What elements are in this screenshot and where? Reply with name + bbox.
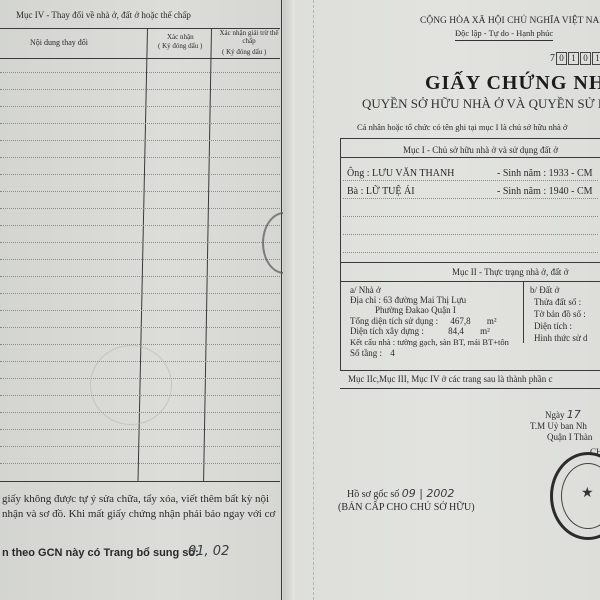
supplement-label: n theo GCN này có Trang bổ sung số: bbox=[2, 547, 199, 559]
dotted-line bbox=[343, 216, 598, 217]
supplement-value: 01, 02 bbox=[188, 544, 229, 559]
serial-digit: 0 bbox=[556, 52, 567, 65]
total-area-label: Tổng diện tích sử dụng : bbox=[350, 316, 438, 326]
file-number-value: 09 | 2002 bbox=[402, 487, 455, 500]
column-header-release: Xác nhận giải trừ thế chấp bbox=[219, 29, 279, 45]
appendix-note: Mục IIc,Mục III, Mục IV ở các trang sau … bbox=[348, 374, 553, 384]
table-row-line bbox=[0, 140, 280, 141]
page-fold bbox=[313, 0, 315, 600]
dotted-line bbox=[343, 234, 598, 235]
house-heading: a/ Nhà ở bbox=[350, 285, 381, 295]
floors-label: Số tầng : bbox=[350, 348, 382, 358]
floors-value: 4 bbox=[390, 348, 395, 358]
house-land-divider bbox=[523, 281, 524, 343]
build-area-value: 84,4 bbox=[448, 326, 464, 336]
column-header-changes: Nội dung thay đổi bbox=[30, 38, 88, 47]
table-row-line bbox=[0, 259, 280, 260]
frame-left bbox=[340, 138, 341, 370]
table-row-line bbox=[0, 106, 280, 107]
structure: Kết cấu nhà : tường gạch, sàn BT, mái BT… bbox=[350, 337, 509, 347]
land-heading: b/ Đất ở bbox=[530, 285, 559, 295]
table-row-line bbox=[0, 225, 280, 226]
address-label: Địa chỉ : bbox=[350, 295, 381, 305]
serial-digit: 1 bbox=[568, 52, 579, 65]
owner-2: Bà : LỮ TUỆ ÁI bbox=[347, 186, 415, 197]
build-area-unit: m² bbox=[480, 326, 490, 336]
section-ii-header-line bbox=[340, 281, 600, 282]
left-page: Mục IV - Thay đổi về nhà ở, đất ở hoặc t… bbox=[0, 0, 283, 600]
table-row-line bbox=[0, 157, 280, 158]
section-i-top bbox=[340, 138, 600, 139]
dotted-line bbox=[343, 180, 598, 181]
table-header-border bbox=[0, 58, 280, 59]
owner-1-prefix: Ông : bbox=[347, 168, 370, 179]
table-row-line bbox=[0, 293, 280, 294]
address-line-2: Phường Đakao Quận I bbox=[375, 305, 456, 315]
faded-seal bbox=[90, 345, 172, 425]
notice-line-2: nhận và sơ đồ. Khi mất giấy chứng nhận p… bbox=[2, 508, 275, 520]
date-value: 17 bbox=[567, 408, 581, 421]
file-number: Hồ sơ gốc số 09 | 2002 bbox=[347, 487, 454, 500]
total-area: Tổng diện tích sử dụng : 467,8 m² bbox=[350, 316, 497, 326]
table-row-line bbox=[0, 429, 280, 430]
serial-number: 70101 bbox=[550, 52, 600, 65]
table-bottom-border bbox=[0, 481, 280, 482]
owner-2-name: LỮ TUỆ ÁI bbox=[366, 186, 415, 197]
table-row-line bbox=[0, 174, 280, 175]
address-value: 63 đường Mai Thị Lựu bbox=[383, 295, 466, 305]
file-number-label: Hồ sơ gốc số bbox=[347, 489, 399, 500]
owner-2-prefix: Bà : bbox=[347, 186, 363, 197]
column-header-confirm: Xác nhận bbox=[167, 33, 194, 41]
dotted-line bbox=[343, 198, 598, 199]
table-row-line bbox=[0, 191, 280, 192]
intro-text: Cá nhân hoặc tổ chức có tên ghi tại mục … bbox=[357, 122, 567, 132]
table-row-line bbox=[0, 327, 280, 328]
motto: Độc lập - Tự do - Hạnh phúc bbox=[455, 28, 553, 41]
date-label: Ngày bbox=[545, 410, 565, 420]
section-ii-title: Mục II - Thực trạng nhà ở, đất ở bbox=[452, 267, 568, 277]
right-page: CỘNG HÒA XÃ HỘI CHỦ NGHĨA VIỆT NAM Độc l… bbox=[295, 0, 600, 600]
table-row-line bbox=[0, 276, 280, 277]
owner-1-birth: - Sinh năm : 1933 - CM bbox=[497, 168, 593, 179]
page-edge-shadow bbox=[283, 0, 295, 600]
section-i-header-line bbox=[340, 157, 600, 158]
table-row-line bbox=[0, 242, 280, 243]
committee-line-1: T.M Uỷ ban Nh bbox=[530, 421, 587, 431]
section-ii-bottom bbox=[340, 370, 600, 371]
build-area: Diện tích xây dựng : 84,4 m² bbox=[350, 326, 490, 336]
build-area-label: Diện tích xây dựng : bbox=[350, 326, 424, 336]
serial-boxes: 0101 bbox=[555, 53, 600, 64]
dotted-line bbox=[343, 252, 598, 253]
table-row-line bbox=[0, 123, 280, 124]
plot-number-label: Thửa đất số : bbox=[534, 297, 581, 307]
owner-1-name: LƯU VĂN THANH bbox=[372, 168, 454, 179]
table-row-line bbox=[0, 72, 280, 73]
table-row-line bbox=[0, 310, 280, 311]
table-row-line bbox=[0, 446, 280, 447]
page-border bbox=[281, 0, 282, 600]
date: Ngày 17 bbox=[545, 408, 581, 421]
address: Địa chỉ : 63 đường Mai Thị Lựu bbox=[350, 295, 466, 305]
column-header-confirm-sub: ( Ký đóng dấu ) bbox=[158, 42, 202, 50]
certificate-title: GIẤY CHỨNG NHẬN bbox=[425, 72, 600, 95]
table-row-line bbox=[0, 344, 280, 345]
committee-line-2: Quận I Thàn bbox=[547, 432, 592, 442]
serial-digit: 1 bbox=[592, 52, 600, 65]
section-i-title: Mục I - Chủ sở hữu nhà ở và sử dụng đất … bbox=[403, 145, 558, 155]
serial-digit: 0 bbox=[580, 52, 591, 65]
map-sheet-label: Tờ bản đồ số : bbox=[534, 309, 586, 319]
table-row-line bbox=[0, 89, 280, 90]
star-icon: ★ bbox=[581, 485, 594, 502]
usage-form-label: Hình thức sử d bbox=[534, 333, 588, 343]
copy-note: (BẢN CẤP CHO CHỦ SỞ HỮU) bbox=[338, 502, 475, 513]
republic-header: CỘNG HÒA XÃ HỘI CHỦ NGHĨA VIỆT NAM bbox=[420, 16, 600, 26]
section-iv-title: Mục IV - Thay đổi về nhà ở, đất ở hoặc t… bbox=[16, 10, 191, 20]
frame-bottom bbox=[340, 388, 600, 389]
certificate-subtitle: QUYỀN SỞ HỮU NHÀ Ở VÀ QUYỀN SỬ D bbox=[362, 96, 600, 112]
notice-line-1: giấy không được tự ý sửa chữa, tẩy xóa, … bbox=[2, 493, 269, 505]
table-row-line bbox=[0, 463, 280, 464]
table-row-line bbox=[0, 208, 280, 209]
official-seal: ★ bbox=[550, 452, 600, 540]
total-area-value: 467,8 bbox=[450, 316, 470, 326]
section-ii-top bbox=[340, 262, 600, 263]
owner-1: Ông : LƯU VĂN THANH bbox=[347, 168, 454, 179]
land-area-label: Diện tích : bbox=[534, 321, 572, 331]
owner-2-birth: - Sinh năm : 1940 - CM bbox=[497, 186, 593, 197]
column-header-release-sub: ( Ký đóng dấu ) bbox=[222, 48, 266, 56]
total-area-unit: m² bbox=[487, 316, 497, 326]
floors: Số tầng : 4 bbox=[350, 348, 395, 358]
